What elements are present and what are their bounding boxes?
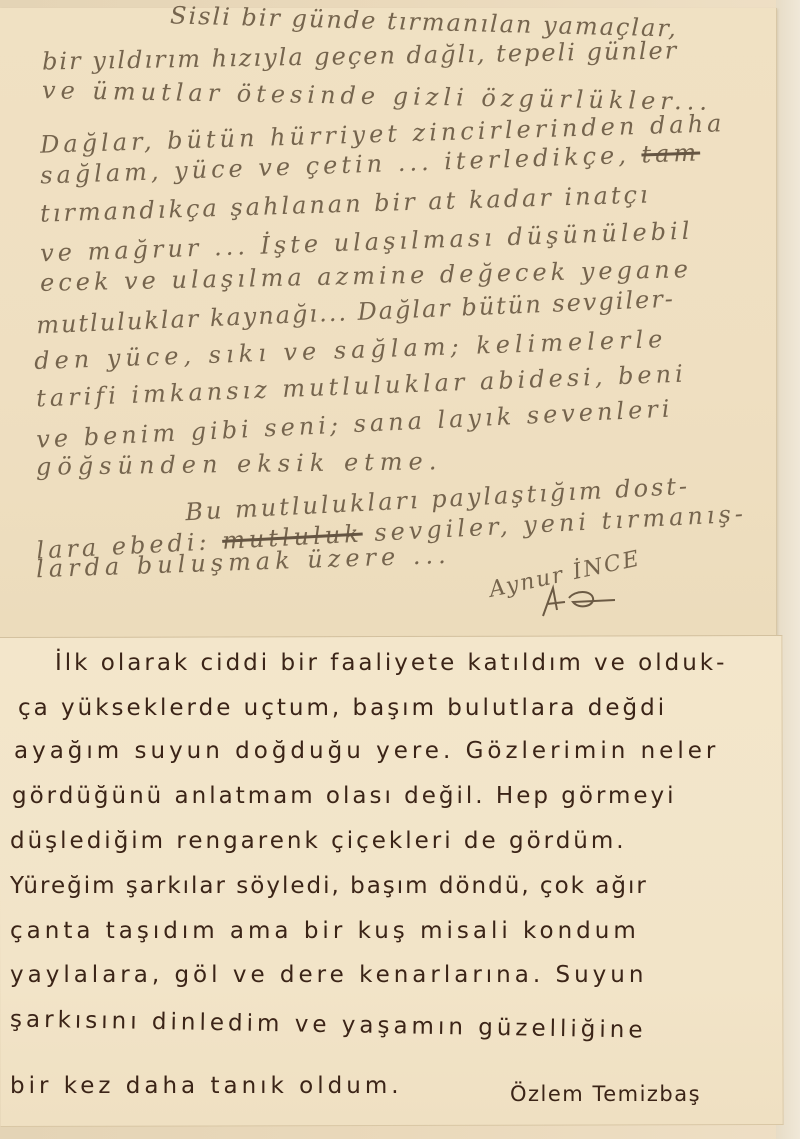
note-line: İlk olarak ciddi bir faaliyete katıldım … [55, 650, 727, 676]
note-line: göğsünden eksik etme. [36, 447, 443, 481]
note-line: ça yükseklerde uçtum, başım bulutlara de… [18, 695, 667, 721]
note-line: düşlediğim rengarenk çiçekleri de gördüm… [10, 828, 627, 854]
note-line: yaylalara, göl ve dere kenarlarına. Suyu… [10, 962, 647, 988]
struck-word: tam [641, 138, 701, 168]
signature-scribble-icon [535, 580, 625, 620]
signature-ozlem: Özlem Temizbaş [510, 1082, 701, 1106]
note-line: bir kez daha tanık oldum. [10, 1073, 403, 1099]
note-line: ayağım suyun doğduğu yere. Gözlerimin ne… [14, 738, 719, 764]
note-line: gördüğünü anlatmam olası değil. Hep görm… [12, 783, 677, 809]
note-line: çanta taşıdım ama bir kuş misali kondum [10, 918, 640, 944]
note-line: Yüreğim şarkılar söyledi, başım döndü, ç… [10, 873, 648, 899]
